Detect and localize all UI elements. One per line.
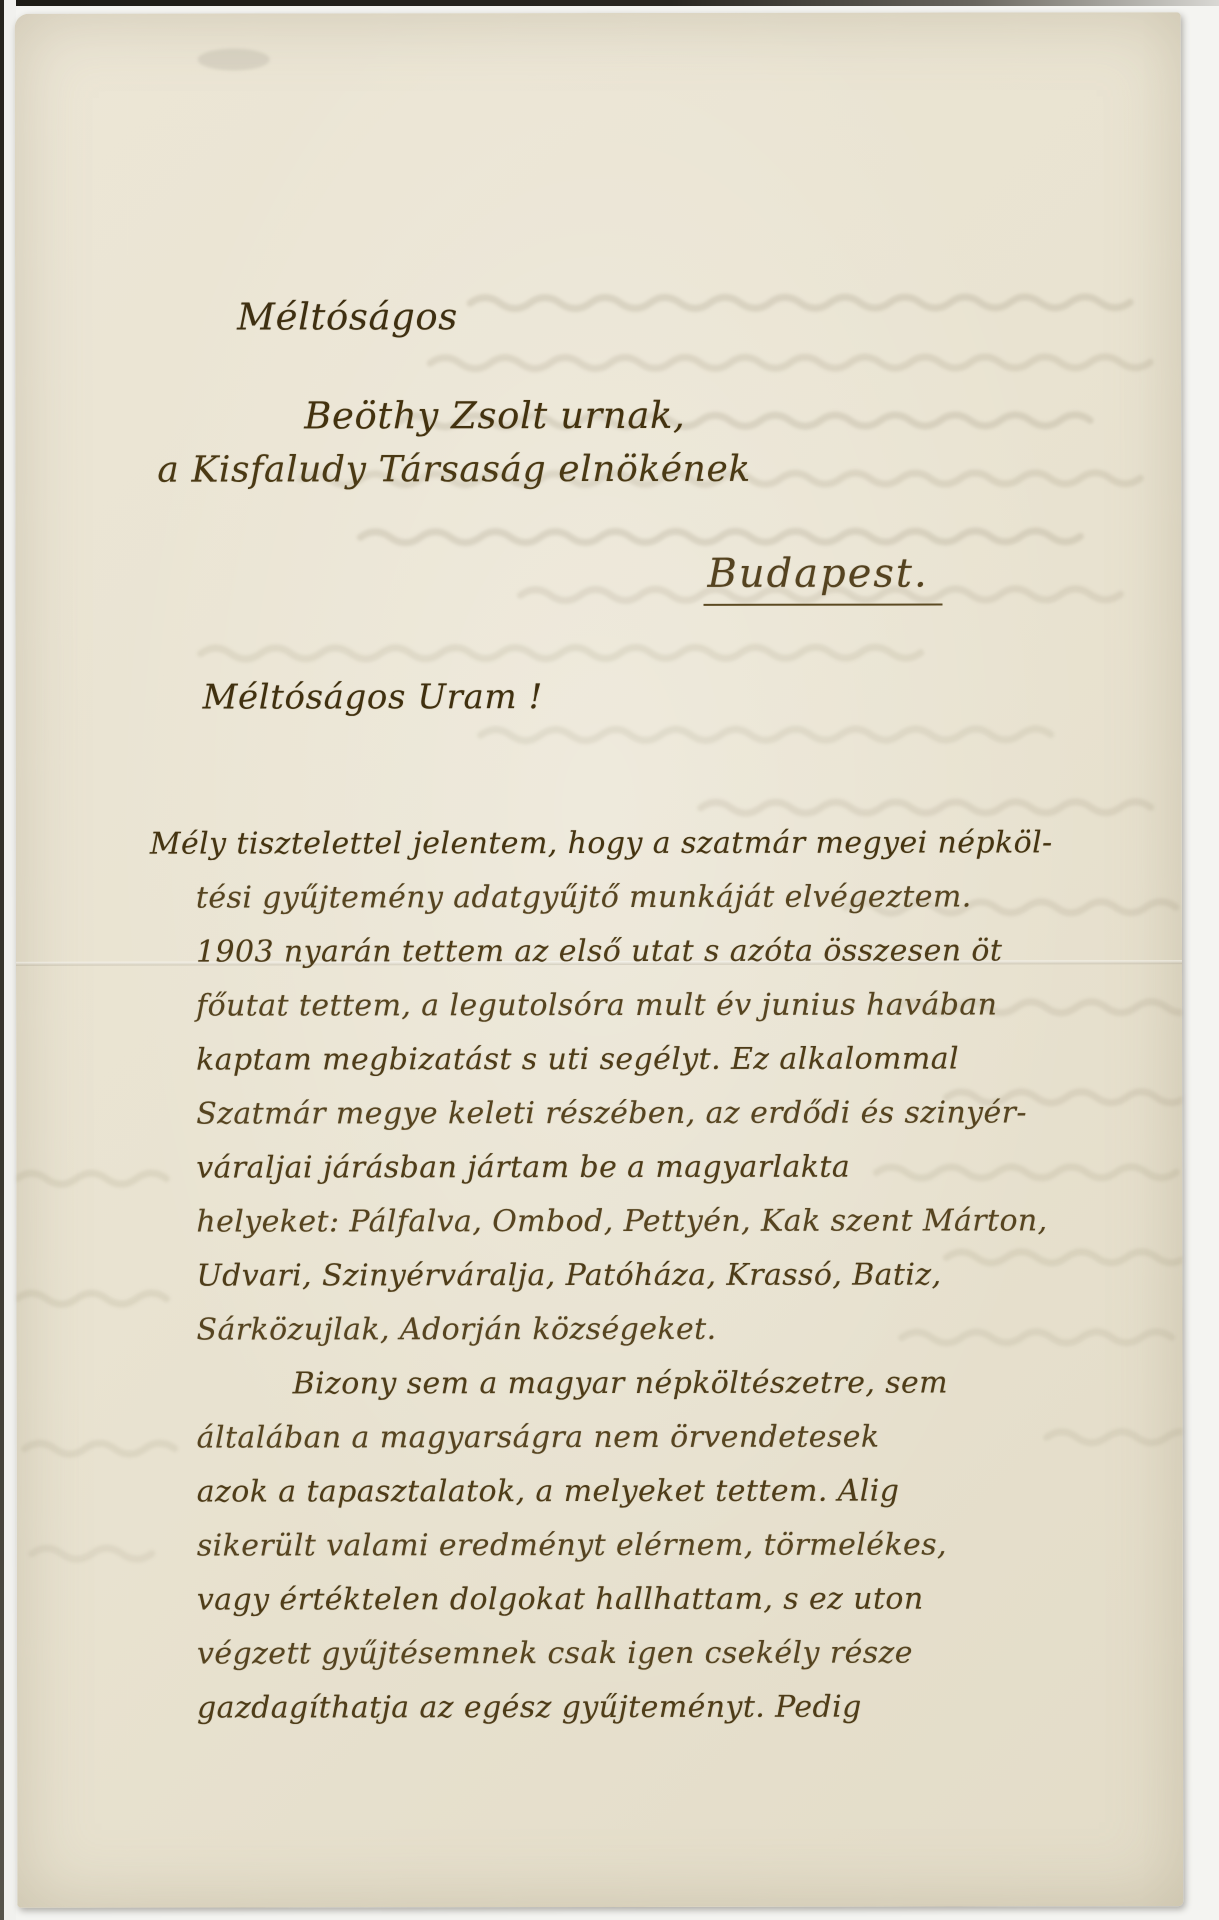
letter-line: vagy értéktelen dolgokat hallhattam, s e… [197, 1574, 1027, 1629]
letter-addressee: Beöthy Zsolt urnak, [304, 394, 685, 438]
letter-page: Méltóságos Beöthy Zsolt urnak, a Kisfalu… [15, 12, 1184, 1908]
letter-line: sikerült valami eredményt elérnem, törme… [197, 1520, 1027, 1575]
letter-salutation: Méltóságos Uram ! [203, 677, 543, 717]
letter-line: váraljai járásban jártam be a magyarlakt… [196, 1142, 1026, 1197]
letter-line: 1903 nyarán tettem az első utat s azóta … [196, 926, 1026, 981]
letter-line: Udvari, Szinyérváralja, Patóháza, Krassó… [196, 1250, 1026, 1305]
letter-line: végzett gyűjtésemnek csak igen csekély r… [197, 1628, 1027, 1683]
letter-line: Mély tisztelettel jelentem, hogy a szatm… [150, 818, 1026, 873]
letter-city-underlined: Budapest. [703, 551, 942, 606]
letter-line: Szatmár megye keleti részében, az erdődi… [196, 1088, 1026, 1143]
letter-addressee-title: a Kisfaludy Társaság elnökének [157, 449, 751, 491]
letter-honorific: Méltóságos [237, 295, 458, 338]
letter-line: általában a magyarságra nem örvendetesek [197, 1412, 1027, 1467]
letter-line: kaptam megbizatást s uti segélyt. Ez alk… [196, 1034, 1026, 1089]
letter-line: gazdagíthatja az egész gyűjteményt. Pedi… [197, 1682, 1027, 1737]
letter-line: azok a tapasztalatok, a melyeket tettem.… [197, 1466, 1027, 1521]
letter-line: Bizony sem a magyar népköltészetre, sem [293, 1358, 1027, 1413]
letter-line: tési gyűjtemény adatgyűjtő munkáját elvé… [196, 872, 1026, 927]
letter-body: Mély tisztelettel jelentem, hogy a szatm… [196, 818, 1027, 1737]
letter-line: főutat tettem, a legutolsóra mult év jun… [196, 980, 1026, 1035]
letter-line: helyeket: Pálfalva, Ombod, Pettyén, Kak … [196, 1196, 1026, 1251]
scanner-edge-top [0, 0, 1219, 6]
letter-line: Sárközujlak, Adorján községeket. [196, 1304, 1026, 1359]
